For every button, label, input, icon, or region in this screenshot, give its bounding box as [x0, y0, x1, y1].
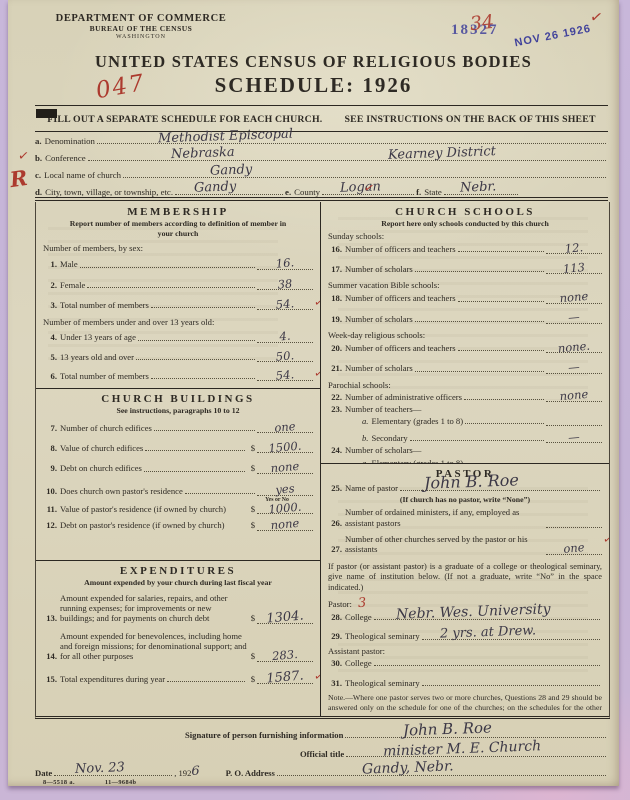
- q2-female-row: 2. Female 38: [43, 280, 313, 290]
- q-number: 3.: [43, 300, 60, 310]
- q-number: 10.: [43, 486, 60, 496]
- state-line: Nebr.: [444, 193, 518, 195]
- q7-answer: one: [257, 423, 313, 433]
- form-paper: DEPARTMENT OF COMMERCE BUREAU OF THE CEN…: [8, 0, 619, 786]
- q-label: Amount expended for benevolences, includ…: [60, 631, 247, 662]
- q24-heading-row: 24. Number of scholars—: [328, 445, 602, 455]
- q4-answer: 4.: [257, 333, 313, 343]
- church-buildings-section: CHURCH BUILDINGS See instructions, parag…: [36, 389, 320, 561]
- q-label: Female: [60, 280, 85, 290]
- q-number: 23.: [328, 404, 345, 414]
- q-number: 26.: [328, 518, 345, 528]
- official-title-value: minister M. E. Church: [382, 739, 541, 759]
- row-letter: d.: [35, 187, 45, 197]
- q-label: Theological seminary: [345, 678, 420, 688]
- tally-number-annotation: 047: [94, 72, 147, 103]
- pastor-note: Note.—Where one pastor serves two or mor…: [328, 693, 602, 713]
- q-label: Male: [60, 259, 78, 269]
- office-city: WASHINGTON: [36, 34, 246, 41]
- q-label: College: [345, 612, 372, 622]
- q11-row: 11. Value of pastor's residence (if owne…: [43, 504, 313, 514]
- q10-row: 10. Does church own pastor's residence y…: [43, 486, 313, 496]
- expenditures-section: EXPENDITURES Amount expended by your chu…: [36, 561, 320, 713]
- q-label: Does church own pastor's residence: [60, 486, 183, 496]
- agency-block: DEPARTMENT OF COMMERCE BUREAU OF THE CEN…: [36, 13, 246, 41]
- margin-r-annotation: R: [9, 167, 29, 190]
- file-number-red-overlay: 34: [469, 13, 495, 34]
- dollar-sign: $: [247, 520, 257, 530]
- graduate-instructions: If pastor (or assistant pastor) is a gra…: [328, 562, 602, 594]
- q-label: Value of church edifices: [60, 443, 143, 453]
- city-county-state-row: d. City, town, village, or township, etc…: [35, 180, 608, 197]
- denomination-label: Denomination: [45, 136, 95, 146]
- banner-text-right: SEE INSTRUCTIONS ON THE BACK OF THIS SHE…: [344, 114, 595, 125]
- signature-label: Signature of person furnishing informati…: [185, 730, 343, 740]
- q-label: 13 years old and over: [60, 352, 134, 362]
- date-label: Date: [35, 768, 52, 778]
- members-by-sex-heading: Number of members, by sex:: [43, 243, 313, 253]
- q-number: 29.: [328, 631, 345, 641]
- q31-row: 31. Theological seminary: [328, 678, 602, 688]
- double-rule: [35, 197, 608, 201]
- q-number: 11.: [43, 504, 60, 514]
- q9-row: 9. Debt on church edifices $ none: [43, 463, 313, 473]
- date-year-suffix: 6: [191, 765, 199, 778]
- corner-check-mark: ✓: [589, 7, 605, 28]
- q-number: 27.: [328, 544, 345, 554]
- q14-answer: 283.: [257, 652, 313, 662]
- q16-row: 16. Number of officers and teachers 12.: [328, 244, 602, 254]
- q-label: Debt on pastor's residence (if owned by …: [60, 520, 247, 530]
- q-label: Number of administrative officers: [345, 392, 462, 402]
- q-label: Total number of members: [60, 371, 149, 381]
- schools-subtitle: Report here only schools conducted by th…: [328, 219, 602, 229]
- seminary-value: 2 yrs. at Drew.: [439, 624, 535, 640]
- college-value: Nebr. Wes. University: [396, 603, 551, 622]
- members-by-age-heading: Number of members under and over 13 year…: [43, 317, 313, 327]
- received-date-stamp: NOV 26 1926: [514, 23, 593, 50]
- q-label: Number of other churches served by the p…: [345, 534, 546, 555]
- q23-heading-row: 23. Number of teachers—: [328, 404, 602, 414]
- q-label: Elementary (grades 1 to 8): [371, 416, 463, 426]
- q8-answer: 1500.: [257, 443, 313, 453]
- q-number: 9.: [43, 463, 60, 473]
- q-number: 2.: [43, 280, 60, 290]
- conference-value: Nebraska: [170, 146, 234, 161]
- row-letter: a.: [35, 136, 45, 146]
- q13-answer: 1304.: [257, 614, 313, 624]
- q20-row: 20. Number of officers and teachers none…: [328, 343, 602, 353]
- q11-answer: 1000.: [257, 504, 313, 514]
- q-label: Number of officers and teachers: [345, 343, 456, 353]
- city-line: Gandy: [175, 193, 283, 195]
- state-label: State: [424, 187, 442, 197]
- q-number: 7.: [43, 423, 60, 433]
- pastor-section: PASTOR 25. Name of pastor John B. Roe (I…: [321, 464, 609, 713]
- q22-row: 22. Number of administrative officers no…: [328, 392, 602, 402]
- q-number: 16.: [328, 244, 345, 254]
- denomination-row: a. Denomination Methodist Episcopal: [35, 129, 608, 146]
- q-number: 17.: [328, 264, 345, 274]
- q19-row: 19. Number of scholars —: [328, 314, 602, 324]
- row-letter: f.: [416, 187, 424, 197]
- official-title-label: Official title: [300, 749, 344, 759]
- q-number: 1.: [43, 259, 60, 269]
- schools-title: CHURCH SCHOOLS: [328, 206, 602, 218]
- q-number: 15.: [43, 674, 60, 684]
- local-name-value: Gandy: [210, 163, 253, 177]
- red-check-mark: ✓: [313, 367, 320, 382]
- q-number: 5.: [43, 352, 60, 362]
- q-number: 6.: [43, 371, 60, 381]
- signature-value: John B. Roe: [402, 720, 491, 738]
- instruction-banner: FILL OUT A SEPARATE SCHEDULE FOR EACH CH…: [35, 105, 608, 132]
- q5-over13-row: 5. 13 years old and over 50.: [43, 352, 313, 362]
- q-number: 19.: [328, 314, 345, 324]
- dollar-sign: $: [247, 651, 257, 661]
- dollar-sign: $: [247, 504, 257, 514]
- right-column: CHURCH SCHOOLS Report here only schools …: [321, 202, 609, 716]
- sunday-schools-heading: Sunday schools:: [328, 231, 602, 241]
- left-column: MEMBERSHIP Report number of members acco…: [36, 202, 321, 716]
- bureau-name: BUREAU OF THE CENSUS: [36, 25, 246, 34]
- q6-answer: 54.✓: [257, 371, 313, 381]
- q21-answer: —: [546, 364, 602, 374]
- q-label: Number of ordained ministers, if any, em…: [345, 507, 546, 528]
- banner-left-tab: [36, 109, 57, 118]
- church-identity-block: a. Denomination Methodist Episcopal b. C…: [35, 129, 608, 197]
- q-label: Number of scholars: [345, 363, 413, 373]
- margin-check-mark: ✓: [17, 147, 30, 164]
- q19-answer: —: [546, 314, 602, 324]
- dollar-sign: $: [247, 613, 257, 623]
- q15-answer: 1587.✓: [257, 674, 313, 684]
- expenditures-subtitle: Amount expended by your church during la…: [43, 578, 313, 588]
- red-check-mark: ✓: [602, 534, 609, 549]
- q20-answer: none.: [546, 343, 602, 353]
- signature-block: Signature of person furnishing informati…: [35, 721, 608, 778]
- scanned-census-form: { "symbols": { "dollar": "$", "check": "…: [0, 0, 630, 800]
- q-label: Name of pastor: [345, 483, 398, 493]
- q-label: Number of scholars—: [345, 445, 421, 455]
- q-label: Number of teachers—: [345, 404, 421, 414]
- q23a-answer: [546, 416, 602, 426]
- church-schools-section: CHURCH SCHOOLS Report here only schools …: [321, 202, 609, 464]
- dollar-sign: $: [247, 463, 257, 473]
- q7-row: 7. Number of church edifices one: [43, 423, 313, 433]
- q-label: Number of officers and teachers: [345, 293, 456, 303]
- q21-row: 21. Number of scholars —: [328, 363, 602, 373]
- q-number: 8.: [43, 443, 60, 453]
- local-name-row: c. Local name of church Gandy: [35, 163, 608, 180]
- po-address-value: Gandy, Nebr.: [362, 759, 454, 776]
- q25-note: (If church has no pastor, write “None”): [328, 495, 602, 504]
- q-number: 24.: [328, 445, 345, 455]
- q23a-row: a. Elementary (grades 1 to 8): [328, 416, 602, 426]
- q-number: 18.: [328, 293, 345, 303]
- q-label: Theological seminary: [345, 631, 420, 641]
- q17-row: 17. Number of scholars 113: [328, 264, 602, 274]
- q-number: 14.: [43, 651, 60, 661]
- q-number: 28.: [328, 612, 345, 622]
- q-label: Amount expended for salaries, repairs, a…: [60, 593, 247, 624]
- q-label: Secondary: [371, 433, 407, 443]
- q23b-row: b. Secondary —: [328, 433, 602, 443]
- q6-total-row: 6. Total number of members 54.✓: [43, 371, 313, 381]
- q-label: Debt on church edifices: [60, 463, 142, 473]
- q-number: 30.: [328, 658, 345, 668]
- q26-answer: [546, 518, 602, 528]
- q-label: Value of pastor's residence (if owned by…: [60, 504, 247, 514]
- q4-under13-row: 4. Under 13 years of age 4.: [43, 332, 313, 342]
- q-number: 13.: [43, 613, 60, 623]
- state-value: Nebr.: [460, 180, 497, 194]
- red-check-mark: ✓: [313, 670, 320, 685]
- q-label: Total expenditures during year: [60, 674, 165, 684]
- q1-answer: 16.: [257, 260, 313, 270]
- q27-answer: one✓: [546, 545, 602, 555]
- city-label: City, town, village, or township, etc.: [45, 187, 173, 197]
- q28-row: 28. College Nebr. Wes. University: [328, 612, 602, 622]
- membership-title: MEMBERSHIP: [43, 206, 313, 218]
- q25-row: 25. Name of pastor John B. Roe: [328, 483, 602, 493]
- row-letter: c.: [35, 170, 44, 180]
- dollar-sign: $: [247, 674, 257, 684]
- q27-row: 27. Number of other churches served by t…: [328, 534, 602, 555]
- q2-answer: 38: [257, 280, 313, 290]
- q15-row: 15. Total expenditures during year $ 158…: [43, 674, 313, 684]
- summer-bible-heading: Summer vacation Bible schools:: [328, 280, 602, 290]
- expenditures-title: EXPENDITURES: [43, 565, 313, 577]
- banner-text-left: FILL OUT A SEPARATE SCHEDULE FOR EACH CH…: [47, 114, 322, 125]
- pastor-name-value: John B. Roe: [424, 473, 519, 492]
- q17-answer: 113: [546, 264, 602, 274]
- q8-row: 8. Value of church edifices $ 1500.: [43, 443, 313, 453]
- denomination-line: Methodist Episcopal: [97, 142, 606, 144]
- q18-answer: none: [546, 294, 602, 304]
- date-address-row: Date Nov. 23 , 192 6 P. O. Address Gandy…: [35, 759, 608, 778]
- conference-label: Conference: [45, 153, 86, 163]
- q22-answer: none: [546, 392, 602, 402]
- row-letter: e.: [285, 187, 294, 197]
- district-value: Kearney District: [388, 145, 496, 162]
- form-code-2: 11—9684b: [105, 779, 137, 786]
- buildings-subtitle: See instructions, paragraphs 10 to 12: [43, 406, 313, 416]
- membership-subtitle: Report number of members according to de…: [43, 219, 313, 238]
- q-number: 21.: [328, 363, 345, 373]
- q9-answer: none: [257, 464, 313, 474]
- red-check-mark: ✓: [313, 296, 320, 311]
- q-label: Number of officers and teachers: [345, 244, 456, 254]
- q-label: Number of church edifices: [60, 423, 152, 433]
- q14-row: 14. Amount expended for benevolences, in…: [43, 631, 313, 662]
- q16-answer: 12.: [546, 244, 602, 254]
- local-name-label: Local name of church: [44, 170, 121, 180]
- denomination-value: Methodist Episcopal: [158, 128, 293, 146]
- q-number: 25.: [328, 483, 345, 493]
- membership-section: MEMBERSHIP Report number of members acco…: [36, 202, 320, 389]
- q23b-answer: —: [546, 433, 602, 443]
- q-label: Total number of members: [60, 300, 149, 310]
- q1-male-row: 1. Male 16.: [43, 259, 313, 269]
- q3-total-row: 3. Total number of members 54.✓: [43, 300, 313, 310]
- q-label: College: [345, 658, 372, 668]
- q29-row: 29. Theological seminary 2 yrs. at Drew.: [328, 631, 602, 641]
- date-value: Nov. 23: [75, 761, 125, 776]
- city-value: Gandy: [194, 180, 237, 194]
- form-code-1: 8—5518 a.: [43, 779, 75, 786]
- county-label: County: [294, 187, 320, 197]
- q5-answer: 50.: [257, 352, 313, 362]
- dollar-sign: $: [247, 443, 257, 453]
- form-print-codes: 8—5518 a. 11—9684b: [43, 779, 164, 786]
- form-title: UNITED STATES CENSUS OF RELIGIOUS BODIES: [8, 52, 619, 72]
- buildings-title: CHURCH BUILDINGS: [43, 393, 313, 405]
- q-label: Number of scholars: [345, 314, 413, 324]
- q12-answer: none: [257, 521, 313, 531]
- weekday-schools-heading: Week-day religious schools:: [328, 330, 602, 340]
- po-address-label: P. O. Address: [226, 768, 275, 778]
- q-label: Under 13 years of age: [60, 332, 136, 342]
- official-title-row: Official title minister M. E. Church: [35, 740, 608, 759]
- q13-row: 13. Amount expended for salaries, repair…: [43, 593, 313, 624]
- q-number: 20.: [328, 343, 345, 353]
- q12-row: 12. Debt on pastor's residence (if owned…: [43, 520, 313, 530]
- row-letter: b.: [35, 153, 45, 163]
- signature-row: Signature of person furnishing informati…: [35, 721, 608, 740]
- date-printed-year: , 192: [174, 768, 191, 778]
- conference-row: b. Conference Nebraska Kearney District: [35, 146, 608, 163]
- pastor-red-number: 3: [351, 596, 366, 610]
- form-columns: MEMBERSHIP Report number of members acco…: [35, 202, 610, 719]
- q26-row: 26. Number of ordained ministers, if any…: [328, 507, 602, 528]
- q10-answer: yes: [257, 486, 313, 496]
- q-number: 12.: [43, 520, 60, 530]
- q-number: 31.: [328, 678, 345, 688]
- assistant-pastor-subheading: Assistant pastor:: [328, 646, 602, 656]
- county-line: Logan ✓: [322, 193, 414, 195]
- q-label: Number of scholars: [345, 264, 413, 274]
- q18-row: 18. Number of officers and teachers none: [328, 293, 602, 303]
- conference-line: Nebraska Kearney District: [88, 159, 606, 161]
- q3-answer: 54.✓: [257, 300, 313, 310]
- q-number: 4.: [43, 332, 60, 342]
- local-name-line: Gandy: [123, 176, 606, 178]
- q30-row: 30. College: [328, 658, 602, 668]
- q-number: 22.: [328, 392, 345, 402]
